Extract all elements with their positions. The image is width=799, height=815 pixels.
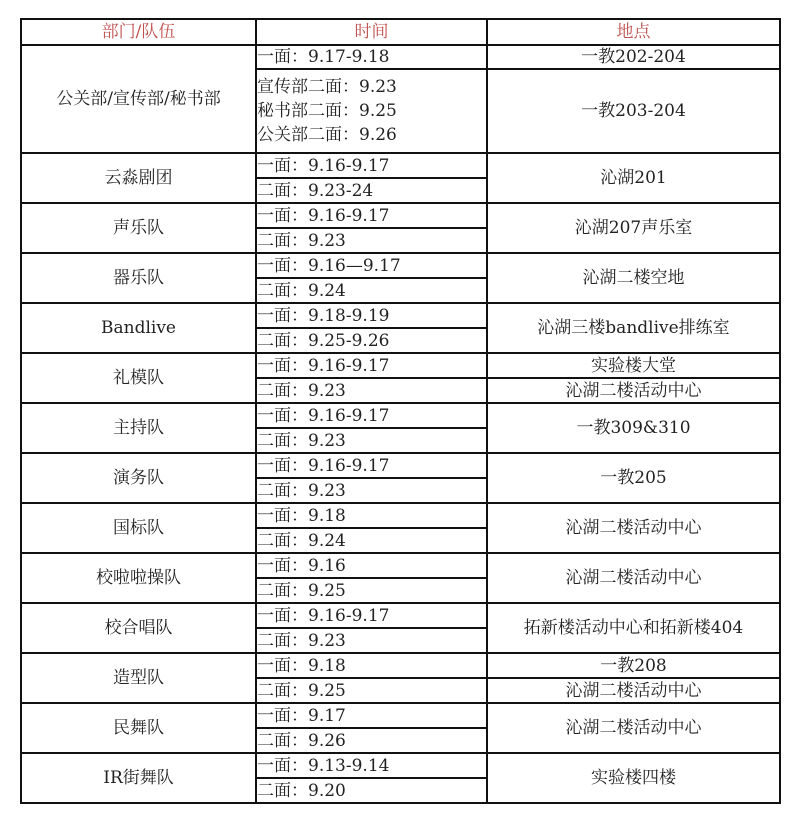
header-location: 地点 (487, 19, 780, 45)
dept-cell: 造型队 (21, 653, 256, 703)
first-interview-time: 一面：9.16-9.17 (256, 353, 487, 378)
first-interview-location: 一教208 (487, 653, 780, 678)
location-cell: 沁湖三楼bandlive排练室 (487, 303, 780, 353)
second-interview-time: 二面：9.23 (256, 478, 487, 503)
table-row: Bandlive 一面：9.18-9.19 沁湖三楼bandlive排练室 (21, 303, 780, 328)
location-cell: 实验楼四楼 (487, 753, 780, 803)
second-interview-time: 秘书部二面：9.25 (257, 99, 486, 123)
table-row: 云淼剧团 一面：9.16-9.17 沁湖201 (21, 153, 780, 178)
second-interview-time: 二面：9.23-24 (256, 178, 487, 203)
first-interview-time: 一面：9.16-9.17 (256, 403, 487, 428)
table-row: 礼模队 一面：9.16-9.17 实验楼大堂 (21, 353, 780, 378)
dept-cell: 民舞队 (21, 703, 256, 753)
dept-cell: 演务队 (21, 453, 256, 503)
location-cell: 沁湖二楼活动中心 (487, 553, 780, 603)
second-interview-time: 二面：9.25 (256, 578, 487, 603)
second-interview-times: 宣传部二面：9.23 秘书部二面：9.25 公关部二面：9.26 (256, 69, 487, 153)
dept-cell: 云淼剧团 (21, 153, 256, 203)
second-interview-time: 二面：9.24 (256, 278, 487, 303)
table-row: 声乐队 一面：9.16-9.17 沁湖207声乐室 (21, 203, 780, 228)
second-interview-time: 二面：9.25-9.26 (256, 328, 487, 353)
first-interview-time: 一面：9.17-9.18 (256, 45, 487, 69)
second-interview-location: 一教203-204 (487, 69, 780, 153)
second-interview-time: 二面：9.23 (256, 228, 487, 253)
first-interview-time: 一面：9.16—9.17 (256, 253, 487, 278)
second-interview-time: 二面：9.20 (256, 778, 487, 803)
second-interview-time: 公关部二面：9.26 (257, 123, 486, 147)
table-row: 造型队 一面：9.18 一教208 (21, 653, 780, 678)
first-interview-time: 一面：9.13-9.14 (256, 753, 487, 778)
second-interview-time: 二面：9.24 (256, 528, 487, 553)
table-row: 校合唱队 一面：9.16-9.17 拓新楼活动中心和拓新楼404 (21, 603, 780, 628)
first-interview-time: 一面：9.16-9.17 (256, 453, 487, 478)
first-interview-time: 一面：9.16 (256, 553, 487, 578)
first-interview-time: 一面：9.18-9.19 (256, 303, 487, 328)
dept-cell: 礼模队 (21, 353, 256, 403)
header-time: 时间 (256, 19, 487, 45)
second-interview-time: 二面：9.23 (256, 378, 487, 403)
header-dept: 部门/队伍 (21, 19, 256, 45)
table-row: IR街舞队 一面：9.13-9.14 实验楼四楼 (21, 753, 780, 778)
dept-cell: IR街舞队 (21, 753, 256, 803)
first-interview-time: 一面：9.18 (256, 503, 487, 528)
first-interview-time: 一面：9.16-9.17 (256, 603, 487, 628)
header-row: 部门/队伍 时间 地点 (21, 19, 780, 45)
dept-cell: 主持队 (21, 403, 256, 453)
table-row: 主持队 一面：9.16-9.17 一教309&310 (21, 403, 780, 428)
dept-cell: 校啦啦操队 (21, 553, 256, 603)
first-interview-location: 实验楼大堂 (487, 353, 780, 378)
location-cell: 沁湖二楼活动中心 (487, 503, 780, 553)
location-cell: 沁湖207声乐室 (487, 203, 780, 253)
location-cell: 沁湖201 (487, 153, 780, 203)
location-cell: 沁湖二楼活动中心 (487, 703, 780, 753)
dept-cell: 器乐队 (21, 253, 256, 303)
interview-schedule-table: 部门/队伍 时间 地点 公关部/宣传部/秘书部 一面：9.17-9.18 一教2… (20, 18, 781, 804)
second-interview-time: 二面：9.26 (256, 728, 487, 753)
dept-cell: 校合唱队 (21, 603, 256, 653)
location-cell: 拓新楼活动中心和拓新楼404 (487, 603, 780, 653)
table-row: 民舞队 一面：9.17 沁湖二楼活动中心 (21, 703, 780, 728)
second-interview-time: 二面：9.23 (256, 428, 487, 453)
first-interview-time: 一面：9.16-9.17 (256, 203, 487, 228)
second-interview-location: 沁湖二楼活动中心 (487, 378, 780, 403)
table-row: 国标队 一面：9.18 沁湖二楼活动中心 (21, 503, 780, 528)
table-row: 器乐队 一面：9.16—9.17 沁湖二楼空地 (21, 253, 780, 278)
location-cell: 沁湖二楼空地 (487, 253, 780, 303)
table-row: 校啦啦操队 一面：9.16 沁湖二楼活动中心 (21, 553, 780, 578)
location-cell: 一教309&310 (487, 403, 780, 453)
dept-cell: Bandlive (21, 303, 256, 353)
first-interview-location: 一教202-204 (487, 45, 780, 69)
first-interview-time: 一面：9.17 (256, 703, 487, 728)
first-interview-time: 一面：9.18 (256, 653, 487, 678)
table-row: 公关部/宣传部/秘书部 一面：9.17-9.18 一教202-204 (21, 45, 780, 69)
first-interview-time: 一面：9.16-9.17 (256, 153, 487, 178)
table-row: 演务队 一面：9.16-9.17 一教205 (21, 453, 780, 478)
second-interview-time: 宣传部二面：9.23 (257, 75, 486, 99)
dept-cell: 声乐队 (21, 203, 256, 253)
location-cell: 一教205 (487, 453, 780, 503)
second-interview-location: 沁湖二楼活动中心 (487, 678, 780, 703)
dept-cell: 国标队 (21, 503, 256, 553)
dept-cell: 公关部/宣传部/秘书部 (21, 45, 256, 153)
second-interview-time: 二面：9.25 (256, 678, 487, 703)
second-interview-time: 二面：9.23 (256, 628, 487, 653)
